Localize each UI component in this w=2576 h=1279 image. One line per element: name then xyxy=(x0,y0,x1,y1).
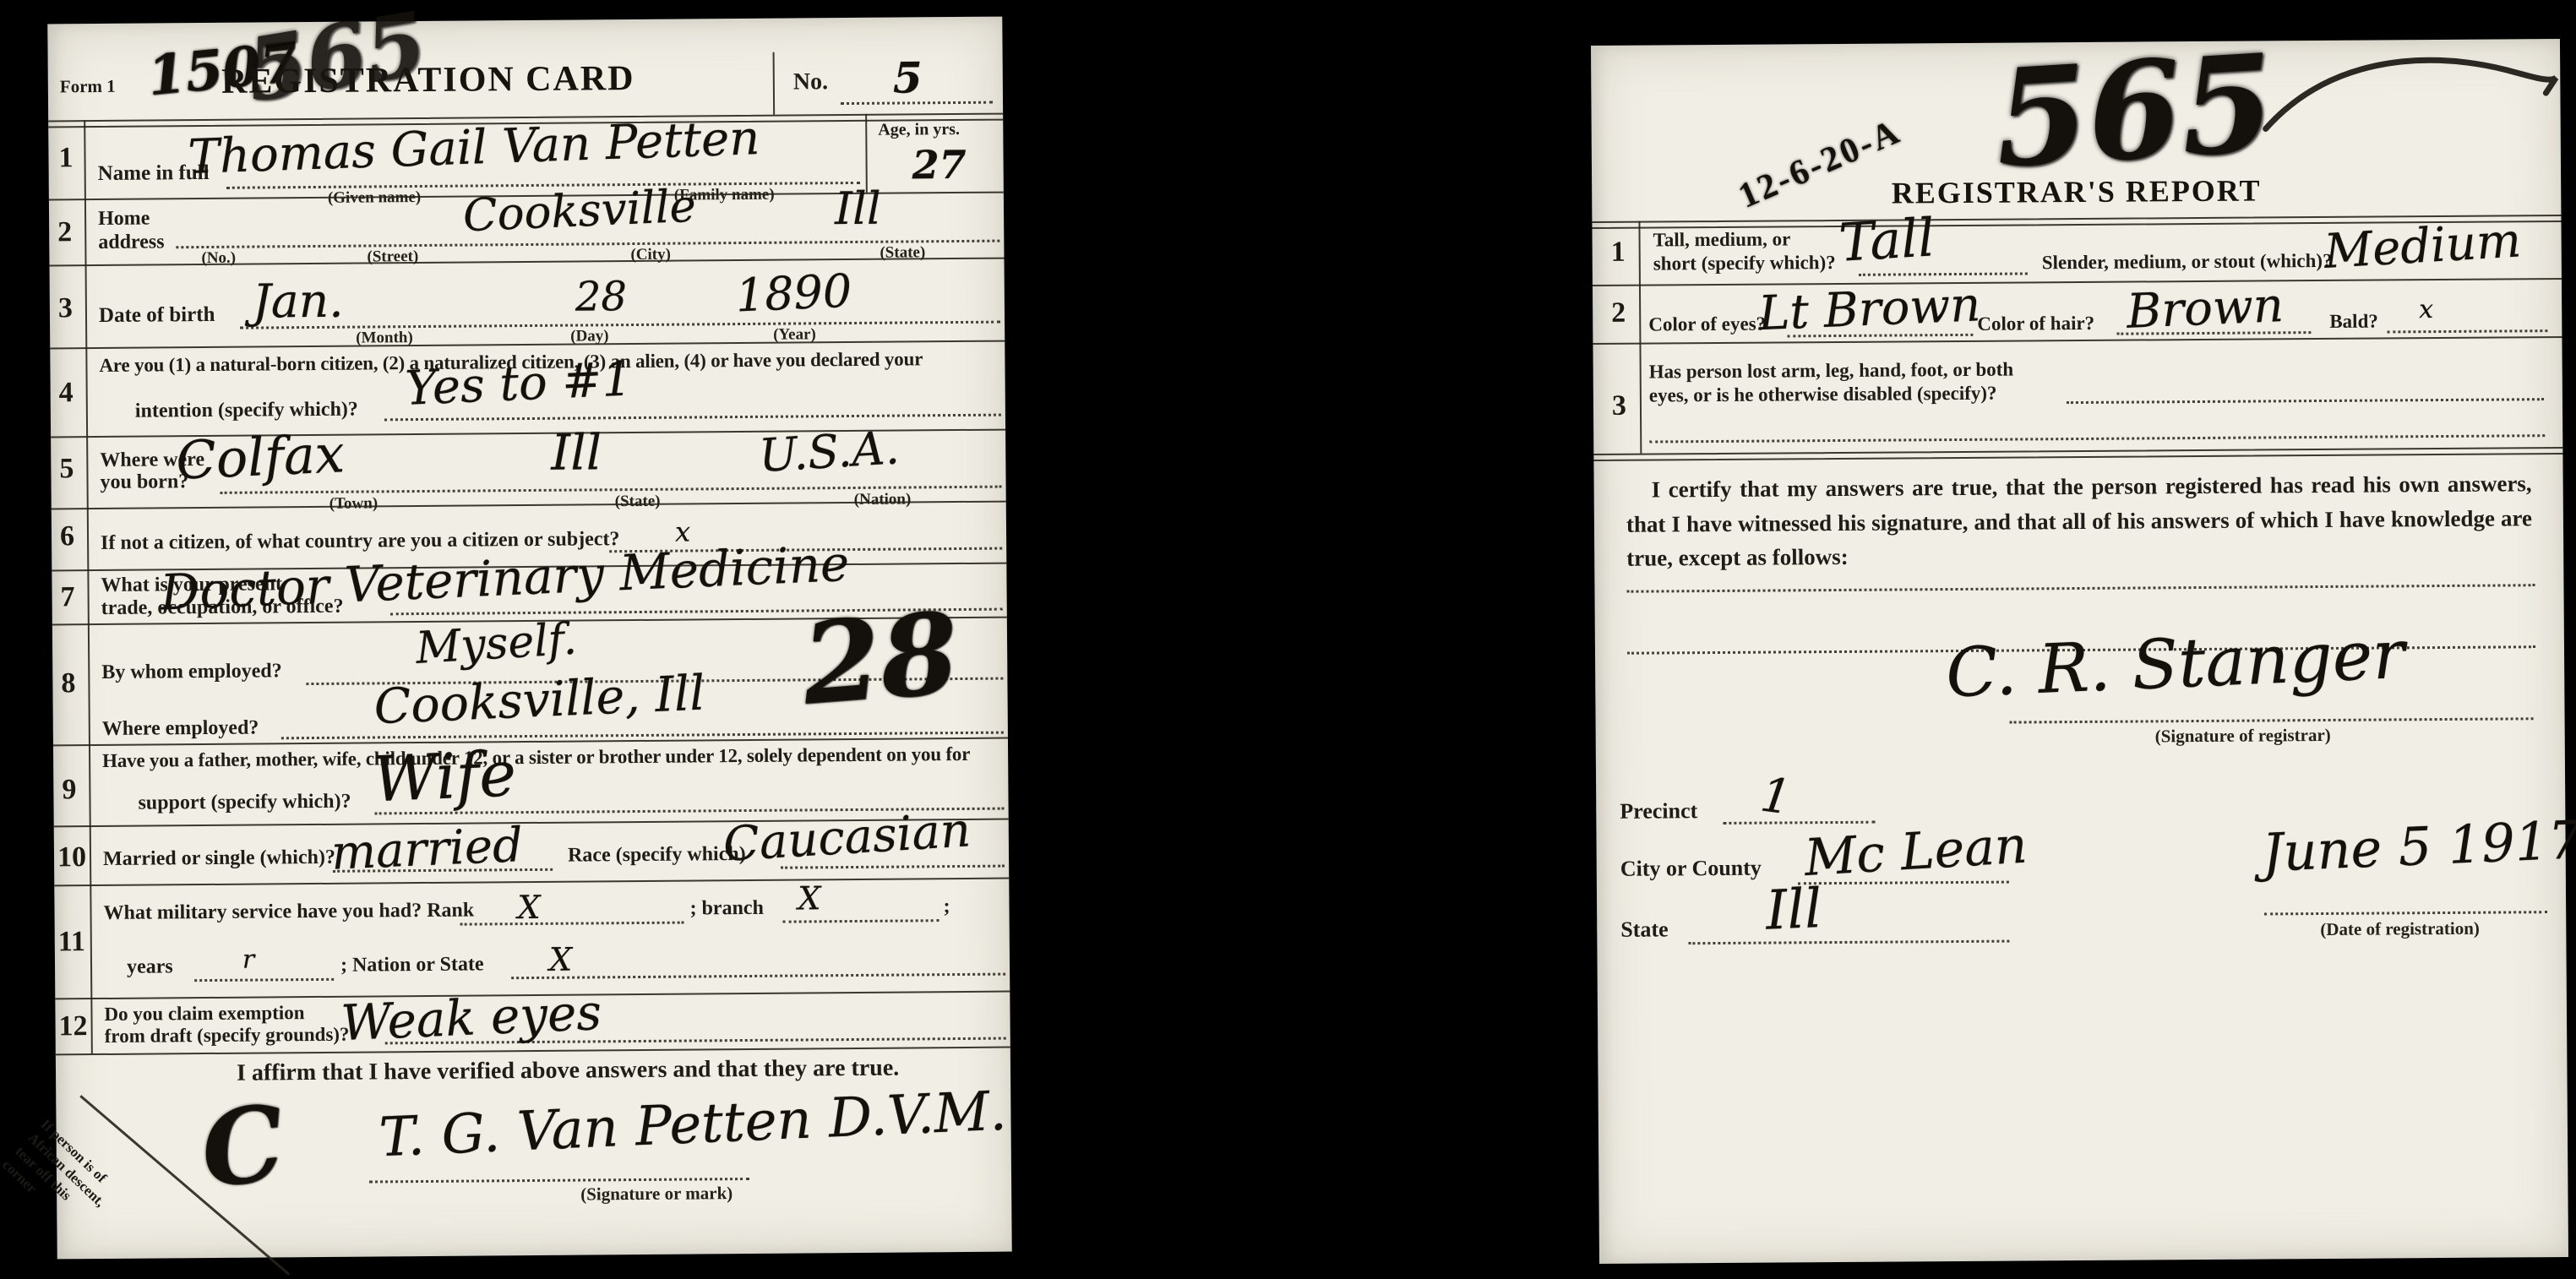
race-value: Caucasian xyxy=(722,803,972,873)
year-caption: (Year) xyxy=(773,325,816,344)
military-question: What military service have you had? Rank xyxy=(103,900,474,925)
home-state-value: Ill xyxy=(835,183,881,235)
home-label-2: address xyxy=(98,231,164,254)
precinct-dotted-line xyxy=(1723,821,1875,825)
no-label: No. xyxy=(793,68,828,95)
home-label-1: Home xyxy=(98,208,150,231)
rule-r2 xyxy=(50,258,1005,267)
registration-card: Form 1 1507 565 REGISTRATION CARD No. 5 … xyxy=(47,17,1011,1260)
registrar-signature-caption: (Signature of registrar) xyxy=(2155,725,2331,747)
street-caption: (Street) xyxy=(367,248,418,266)
state-value: Ill xyxy=(1765,878,1823,943)
state-label: State xyxy=(1620,917,1669,942)
county-value: Mc Lean xyxy=(1803,816,2029,889)
height-dotted-line xyxy=(1859,272,2028,275)
row-number-4: 4 xyxy=(59,377,74,409)
rank-dotted-line xyxy=(460,922,684,926)
branch-dotted-line xyxy=(783,919,939,923)
born-state-caption: (State) xyxy=(615,493,661,511)
row-number-7: 7 xyxy=(60,581,74,613)
serial-number-handwritten: 565 xyxy=(1991,25,2278,198)
bald-x-mark: x xyxy=(2419,295,2433,324)
years-mark: r xyxy=(242,945,255,975)
build-label: Slender, medium, or stout (which)? xyxy=(2042,250,2333,274)
rule-r1 xyxy=(1593,278,2562,286)
employer-value: Myself. xyxy=(414,614,578,674)
branch-label: ; branch xyxy=(689,897,764,921)
card-title: REGISTRAR'S REPORT xyxy=(1592,171,2561,213)
years-label: years xyxy=(127,955,173,978)
number-column-line xyxy=(1638,221,1642,454)
affirmation-text: I affirm that I have verified above answ… xyxy=(237,1055,899,1087)
row-number-3: 3 xyxy=(58,292,73,324)
big-28-handwritten: 28 xyxy=(798,588,962,731)
dob-year-value: 1890 xyxy=(735,264,853,323)
height-label-2: short (specify which)? xyxy=(1653,252,1836,275)
bald-label: Bald? xyxy=(2329,311,2378,333)
born-nation-value: U.S.A. xyxy=(758,421,901,482)
row-number-3: 3 xyxy=(1612,390,1626,422)
disability-dotted-line-2 xyxy=(1649,434,2545,443)
row-number-6: 6 xyxy=(60,520,74,552)
rule-r3 xyxy=(50,340,1005,350)
dob-label: Date of birth xyxy=(99,303,215,328)
registration-date-value: June 5 1917 xyxy=(2261,808,2576,884)
month-caption: (Month) xyxy=(356,329,413,348)
born-town-value: Colfax xyxy=(175,422,346,491)
employed-where-value: Cooksville, Ill xyxy=(373,666,705,736)
precinct-value: 1 xyxy=(1757,767,1794,825)
exemption-label-1: Do you claim exemption xyxy=(104,1002,304,1026)
nation-caption: (Nation) xyxy=(854,490,912,509)
registration-date-caption: (Date of registration) xyxy=(2320,918,2480,940)
registrant-signature: T. G. Van Petten D.V.M. xyxy=(378,1080,1008,1170)
rule-r10 xyxy=(54,878,1009,887)
disability-question-line2: eyes, or is he otherwise disabled (speci… xyxy=(1649,383,1997,407)
eyes-label: Color of eyes? xyxy=(1648,313,1766,336)
rule-r2 xyxy=(1593,336,2562,345)
pen-swoosh-mark xyxy=(2258,41,2563,144)
row-number-8: 8 xyxy=(61,667,75,699)
nation-or-state-label: ; Nation or State xyxy=(340,953,484,977)
row-number-2: 2 xyxy=(57,216,72,248)
precinct-label: Precinct xyxy=(1620,798,1697,825)
certification-paragraph: I certify that my answers are true, that… xyxy=(1626,466,2533,575)
registrar-signature: C. R. Stanger xyxy=(1944,615,2406,713)
hair-value: Brown xyxy=(2126,278,2285,340)
row-number-12: 12 xyxy=(58,1010,87,1042)
dob-dotted-line xyxy=(240,321,1000,329)
registrars-report-card: 12-6-20-A 565 REGISTRAR'S REPORT 1 Tall,… xyxy=(1591,39,2568,1264)
age-value: 27 xyxy=(912,142,966,188)
branch-x-mark: X xyxy=(798,879,820,917)
citizen-question-line2: intention (specify which)? xyxy=(135,399,358,423)
disability-dotted-line-1 xyxy=(2067,398,2544,404)
corner-notice: If person is of African descent, tear of… xyxy=(0,1115,122,1238)
county-label: City or County xyxy=(1620,856,1762,882)
dependent-question-line2: support (specify which)? xyxy=(138,791,351,815)
row-number-2: 2 xyxy=(1611,297,1626,329)
born-state-value: Ill xyxy=(551,423,602,481)
nation-x-mark: X xyxy=(549,941,572,978)
exemption-value: Weak eyes xyxy=(340,983,602,1052)
employed-where-label: Where employed? xyxy=(102,717,259,741)
city-caption: (City) xyxy=(630,246,671,264)
bald-dotted-line xyxy=(2387,329,2547,333)
branch-semicolon: ; xyxy=(943,895,950,918)
no-box-divider xyxy=(773,52,776,115)
disability-question-line1: Has person lost arm, leg, hand, foot, or… xyxy=(1649,359,2014,384)
no-caption: (No.) xyxy=(201,249,236,268)
signature-caption: (Signature or mark) xyxy=(580,1183,732,1205)
dob-day-value: 28 xyxy=(575,273,628,320)
row-number-11: 11 xyxy=(58,926,85,958)
height-value: Tall xyxy=(1838,206,1936,274)
eyes-value: Lt Brown xyxy=(1757,277,1982,341)
age-label: Age, in yrs. xyxy=(878,120,960,140)
number-column-line xyxy=(84,120,93,1053)
married-value: married xyxy=(330,818,525,881)
state-dotted-line xyxy=(1688,940,2009,945)
card-title: REGISTRATION CARD xyxy=(175,58,682,103)
exception-dotted-line xyxy=(1626,584,2535,593)
row-number-9: 9 xyxy=(62,774,76,806)
rank-x-mark: X xyxy=(517,889,540,926)
rule-r12 xyxy=(56,1047,1010,1056)
dependent-question-line1: Have you a father, mother, wife, child u… xyxy=(102,743,970,772)
race-label: Race (specify which) xyxy=(568,843,746,868)
exemption-label-2: from draft (specify grounds)? xyxy=(105,1024,350,1048)
row-number-5: 5 xyxy=(59,453,74,485)
given-name-caption: (Given name) xyxy=(328,188,421,208)
height-label-1: Tall, medium, or xyxy=(1653,228,1791,251)
row-number-1: 1 xyxy=(58,142,73,174)
town-caption: (Town) xyxy=(329,494,379,513)
dob-month-value: Jan. xyxy=(253,274,344,329)
rule-r3 xyxy=(1593,447,2562,461)
born-label-2: you born? xyxy=(100,471,188,494)
age-box-divider xyxy=(865,114,868,193)
row-number-10: 10 xyxy=(57,841,86,874)
no-value-handwritten: 5 xyxy=(893,52,923,102)
home-dotted-line xyxy=(176,240,999,249)
signature-dotted-line-2 xyxy=(2010,717,2534,723)
employer-label: By whom employed? xyxy=(101,660,282,684)
nation-dotted-line xyxy=(511,973,1005,980)
row-number-1: 1 xyxy=(1611,237,1626,269)
signature-initial: C xyxy=(195,1081,291,1211)
hair-label: Color of hair? xyxy=(1977,313,2094,335)
home-city-value: Cooksville xyxy=(462,181,697,242)
dependent-value: Wife xyxy=(372,737,518,816)
scanned-draft-registration-card: Form 1 1507 565 REGISTRATION CARD No. 5 … xyxy=(0,0,2576,1279)
registration-date-dotted-line xyxy=(2264,911,2547,915)
state-caption: (State) xyxy=(880,243,925,262)
married-label: Married or single (which)? xyxy=(103,846,335,871)
form-number-label: Form 1 xyxy=(60,76,116,98)
build-value: Medium xyxy=(2323,213,2523,280)
citizen-dotted-line xyxy=(384,414,1001,422)
years-dotted-line xyxy=(194,978,334,982)
citizen-answer-value: Yes to #1 xyxy=(404,351,633,416)
day-caption: (Day) xyxy=(570,327,609,346)
